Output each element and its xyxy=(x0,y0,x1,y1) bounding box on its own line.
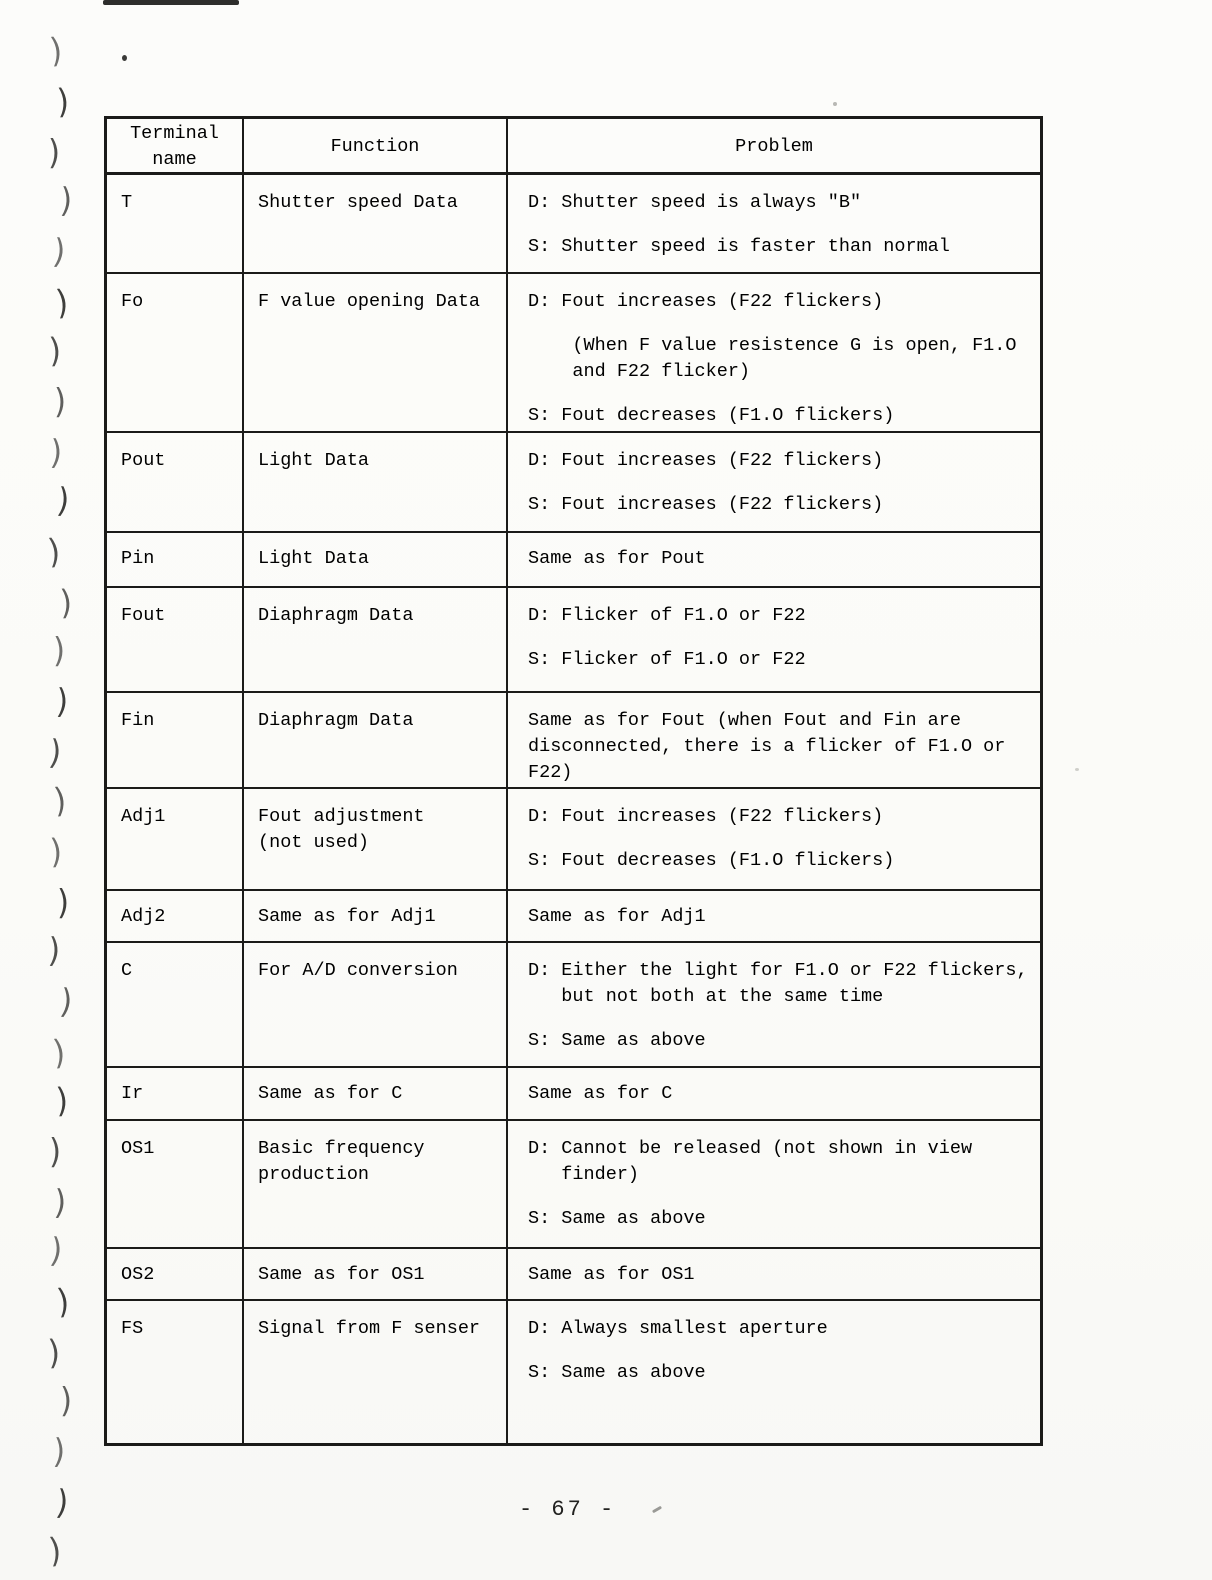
problem-cell: D: Flicker of F1.O or F22S: Flicker of F… xyxy=(508,588,1040,691)
problem-line: Same as for Adj1 xyxy=(528,904,1032,930)
problem-paragraph: Same as for Adj1 xyxy=(528,904,1032,930)
function-line: production xyxy=(258,1162,498,1188)
problem-line: S: Fout increases (F22 flickers) xyxy=(528,492,1032,518)
function-cell: Signal from F senser xyxy=(244,1301,508,1443)
binding-ring-mark: ) xyxy=(53,635,65,668)
problem-line: D: Flicker of F1.O or F22 xyxy=(528,603,1032,629)
terminal-name-cell: Adj2 xyxy=(107,891,244,941)
terminal-name-cell: OS1 xyxy=(107,1121,244,1247)
problem-paragraph: D: Shutter speed is always "B" xyxy=(528,190,1032,216)
problem-line: S: Same as above xyxy=(528,1206,1032,1232)
header-terminal-name: Terminal name xyxy=(107,119,244,173)
scanned-page: { "page": { "page_number": "- 67 -", "pa… xyxy=(0,0,1212,1580)
binding-ring-mark: ) xyxy=(58,985,74,1020)
problem-paragraph: S: Same as above xyxy=(528,1206,1032,1232)
function-line: Light Data xyxy=(258,448,498,474)
terminal-name-cell: FS xyxy=(107,1301,244,1443)
function-line: Light Data xyxy=(258,546,498,572)
binding-ring-mark: ) xyxy=(55,685,69,719)
function-cell: F value opening Data xyxy=(244,274,508,431)
function-cell: Shutter speed Data xyxy=(244,175,508,272)
problem-paragraph: S: Fout decreases (F1.O flickers) xyxy=(528,848,1032,874)
table-row-OS2: OS2 Same as for OS1 Same as for OS1 xyxy=(107,1249,1040,1301)
problem-line: S: Fout decreases (F1.O flickers) xyxy=(528,848,1032,874)
problem-line: but not both at the same time xyxy=(528,984,1032,1010)
table-row-Pin: Pin Light Data Same as for Pout xyxy=(107,533,1040,588)
scan-artifact-tick xyxy=(652,1506,662,1514)
problem-cell: D: Cannot be released (not shown in view… xyxy=(508,1121,1040,1247)
problem-line: Same as for Fout (when Fout and Fin are xyxy=(528,708,1032,734)
problem-line: Same as for Pout xyxy=(528,546,1032,572)
binding-ring-mark: ) xyxy=(55,1285,71,1320)
terminal-name-cell: OS2 xyxy=(107,1249,244,1299)
problem-cell: Same as for C xyxy=(508,1068,1040,1119)
terminal-name-cell: Pout xyxy=(107,433,244,531)
problem-paragraph: D: Fout increases (F22 flickers) xyxy=(528,804,1032,830)
problem-line: finder) xyxy=(528,1162,1032,1188)
terminal-name-cell: Ir xyxy=(107,1068,244,1119)
table-header-row: Terminal name Function Problem xyxy=(107,119,1040,175)
binding-ring-mark: ) xyxy=(51,235,67,270)
terminal-name-cell: Adj1 xyxy=(107,789,244,889)
terminal-name: Fout xyxy=(121,603,234,629)
problem-line: and F22 flicker) xyxy=(528,359,1032,385)
function-cell: Same as for Adj1 xyxy=(244,891,508,941)
binding-ring-mark: ) xyxy=(56,85,70,119)
binding-ring-mark: ) xyxy=(55,484,71,519)
table-row-FS: FS Signal from F senser D: Always smalle… xyxy=(107,1301,1040,1443)
problem-cell: D: Either the light for F1.O or F22 flic… xyxy=(508,943,1040,1066)
function-cell: Fout adjustment(not used) xyxy=(244,789,508,889)
function-cell: Diaphragm Data xyxy=(244,693,508,787)
terminal-name: Pin xyxy=(121,546,234,572)
problem-paragraph: S: Fout decreases (F1.O flickers) xyxy=(528,403,1032,429)
function-line: Same as for C xyxy=(258,1081,498,1107)
table-row-Fo: Fo F value opening Data D: Fout increase… xyxy=(107,274,1040,433)
function-cell: For A/D conversion xyxy=(244,943,508,1066)
problem-cell: D: Shutter speed is always "B"S: Shutter… xyxy=(508,175,1040,272)
header-function: Function xyxy=(244,119,508,173)
problem-line: S: Same as above xyxy=(528,1028,1032,1054)
problem-line: D: Cannot be released (not shown in view xyxy=(528,1136,1032,1162)
scan-artifact-dot xyxy=(833,102,837,106)
problem-paragraph: S: Same as above xyxy=(528,1360,1032,1386)
problem-cell: Same as for OS1 xyxy=(508,1249,1040,1299)
page-number: - 67 - xyxy=(519,1497,616,1522)
problem-line: S: Flicker of F1.O or F22 xyxy=(528,647,1032,673)
problem-line: disconnected, there is a flicker of F1.O… xyxy=(528,734,1032,760)
binding-ring-mark: ) xyxy=(52,784,68,819)
problem-line: S: Shutter speed is faster than normal xyxy=(528,234,1032,260)
problem-line: D: Always smallest aperture xyxy=(528,1316,1032,1342)
binding-ring-mark: ) xyxy=(49,436,63,470)
function-cell: Basic frequencyproduction xyxy=(244,1121,508,1247)
problem-line: D: Fout increases (F22 flickers) xyxy=(528,289,1032,315)
problem-line: F22) xyxy=(528,760,1032,786)
binding-ring-mark: ) xyxy=(48,137,60,170)
table-row-C: C For A/D conversion D: Either the light… xyxy=(107,943,1040,1068)
binding-ring-mark: ) xyxy=(59,184,73,218)
binding-ring-mark: ) xyxy=(47,736,63,771)
function-cell: Light Data xyxy=(244,533,508,586)
terminal-name-cell: Fo xyxy=(107,274,244,431)
scan-artifact-dot xyxy=(1075,768,1079,771)
binding-ring-mark: ) xyxy=(55,1084,69,1118)
terminal-name: C xyxy=(121,958,234,984)
function-line: (not used) xyxy=(258,830,498,856)
terminal-name: Fin xyxy=(121,708,234,734)
binding-ring-mark: ) xyxy=(57,887,69,920)
terminal-name: Pout xyxy=(121,448,234,474)
problem-cell: D: Fout increases (F22 flickers)S: Fout … xyxy=(508,789,1040,889)
table-row-Ir: Ir Same as for C Same as for C xyxy=(107,1068,1040,1121)
problem-paragraph: D: Either the light for F1.O or F22 flic… xyxy=(528,958,1032,1010)
problem-paragraph: S: Flicker of F1.O or F22 xyxy=(528,647,1032,673)
function-line: Diaphragm Data xyxy=(258,708,498,734)
terminal-name: OS2 xyxy=(121,1262,234,1288)
function-line: Shutter speed Data xyxy=(258,190,498,216)
terminal-name: T xyxy=(121,190,234,216)
binding-ring-mark: ) xyxy=(47,1336,61,1370)
function-cell: Same as for OS1 xyxy=(244,1249,508,1299)
terminal-name: Ir xyxy=(121,1081,234,1107)
scan-artifact-top-bar xyxy=(103,0,239,5)
table-row-Fin: Fin Diaphragm Data Same as for Fout (whe… xyxy=(107,693,1040,789)
problem-paragraph: Same as for OS1 xyxy=(528,1262,1032,1288)
problem-paragraph: D: Flicker of F1.O or F22 xyxy=(528,603,1032,629)
problem-line: D: Fout increases (F22 flickers) xyxy=(528,448,1032,474)
binding-ring-mark: ) xyxy=(54,286,70,321)
problem-line: (When F value resistence G is open, F1.O xyxy=(528,333,1032,359)
problem-paragraph: Same as for C xyxy=(528,1081,1032,1107)
function-cell: Same as for C xyxy=(244,1068,508,1119)
binding-ring-mark: ) xyxy=(53,1186,67,1220)
problem-paragraph: S: Fout increases (F22 flickers) xyxy=(528,492,1032,518)
problem-line: Same as for C xyxy=(528,1081,1032,1107)
function-line: Same as for OS1 xyxy=(258,1262,498,1288)
problem-cell: D: Fout increases (F22 flickers) (When F… xyxy=(508,274,1040,431)
problem-paragraph: S: Same as above xyxy=(528,1028,1032,1054)
function-line: For A/D conversion xyxy=(258,958,498,984)
binding-ring-mark: ) xyxy=(48,34,64,69)
problem-line: S: Fout decreases (F1.O flickers) xyxy=(528,403,1032,429)
problem-paragraph: D: Fout increases (F22 flickers) xyxy=(528,289,1032,315)
binding-ring-mark: ) xyxy=(48,1234,64,1269)
binding-ring-mark: ) xyxy=(54,386,66,419)
function-line: Basic frequency xyxy=(258,1136,498,1162)
function-line: Diaphragm Data xyxy=(258,603,498,629)
binding-ring-mark: ) xyxy=(47,1534,63,1569)
problem-line: D: Fout increases (F22 flickers) xyxy=(528,804,1032,830)
binding-ring-mark: ) xyxy=(51,1036,67,1071)
binding-ring-mark: ) xyxy=(60,1385,72,1418)
binding-ring-mark: ) xyxy=(49,1136,61,1169)
binding-ring-mark: ) xyxy=(59,586,73,620)
binding-ring-mark: ) xyxy=(49,835,63,869)
problem-line: D: Either the light for F1.O or F22 flic… xyxy=(528,958,1032,984)
header-problem: Problem xyxy=(508,119,1040,173)
function-line: Fout adjustment xyxy=(258,804,498,830)
terminal-name: Adj2 xyxy=(121,904,234,930)
problem-paragraph: (When F value resistence G is open, F1.O… xyxy=(528,333,1032,385)
terminal-name-cell: Fout xyxy=(107,588,244,691)
table-row-T: T Shutter speed Data D: Shutter speed is… xyxy=(107,175,1040,274)
problem-paragraph: D: Always smallest aperture xyxy=(528,1316,1032,1342)
terminal-problem-table: Terminal name Function Problem T Shutter… xyxy=(104,116,1043,1446)
terminal-name: Adj1 xyxy=(121,804,234,830)
problem-paragraph: D: Cannot be released (not shown in view… xyxy=(528,1136,1032,1188)
terminal-name: FS xyxy=(121,1316,234,1342)
terminal-name-cell: Pin xyxy=(107,533,244,586)
function-cell: Diaphragm Data xyxy=(244,588,508,691)
problem-cell: D: Fout increases (F22 flickers)S: Fout … xyxy=(508,433,1040,531)
problem-cell: Same as for Fout (when Fout and Fin ared… xyxy=(508,693,1040,787)
function-line: F value opening Data xyxy=(258,289,498,315)
problem-line: S: Same as above xyxy=(528,1360,1032,1386)
problem-cell: D: Always smallest apertureS: Same as ab… xyxy=(508,1301,1040,1443)
binding-ring-mark: ) xyxy=(54,1486,70,1521)
function-line: Same as for Adj1 xyxy=(258,904,498,930)
problem-paragraph: Same as for Fout (when Fout and Fin ared… xyxy=(528,708,1032,786)
problem-cell: Same as for Adj1 xyxy=(508,891,1040,941)
terminal-name-cell: C xyxy=(107,943,244,1066)
binding-ring-mark: ) xyxy=(47,934,61,968)
binding-ring-mark: ) xyxy=(48,334,62,368)
terminal-name: OS1 xyxy=(121,1136,234,1162)
problem-line: D: Shutter speed is always "B" xyxy=(528,190,1032,216)
problem-cell: Same as for Pout xyxy=(508,533,1040,586)
function-line: Signal from F senser xyxy=(258,1316,498,1342)
binding-ring-mark: ) xyxy=(46,535,62,570)
table-row-Adj1: Adj1 Fout adjustment(not used) D: Fout i… xyxy=(107,789,1040,891)
problem-paragraph: Same as for Pout xyxy=(528,546,1032,572)
scan-artifact-dot xyxy=(122,55,127,61)
table-row-Fout: Fout Diaphragm Data D: Flicker of F1.O o… xyxy=(107,588,1040,693)
problem-paragraph: S: Shutter speed is faster than normal xyxy=(528,234,1032,260)
table-row-Adj2: Adj2 Same as for Adj1 Same as for Adj1 xyxy=(107,891,1040,943)
terminal-name-cell: Fin xyxy=(107,693,244,787)
table-row-Pout: Pout Light Data D: Fout increases (F22 f… xyxy=(107,433,1040,533)
binding-ring-mark: ) xyxy=(52,1435,66,1469)
terminal-name-cell: T xyxy=(107,175,244,272)
table-row-OS1: OS1 Basic frequencyproduction D: Cannot … xyxy=(107,1121,1040,1249)
function-cell: Light Data xyxy=(244,433,508,531)
terminal-name: Fo xyxy=(121,289,234,315)
problem-line: Same as for OS1 xyxy=(528,1262,1032,1288)
problem-paragraph: D: Fout increases (F22 flickers) xyxy=(528,448,1032,474)
table-body: T Shutter speed Data D: Shutter speed is… xyxy=(107,175,1040,1443)
